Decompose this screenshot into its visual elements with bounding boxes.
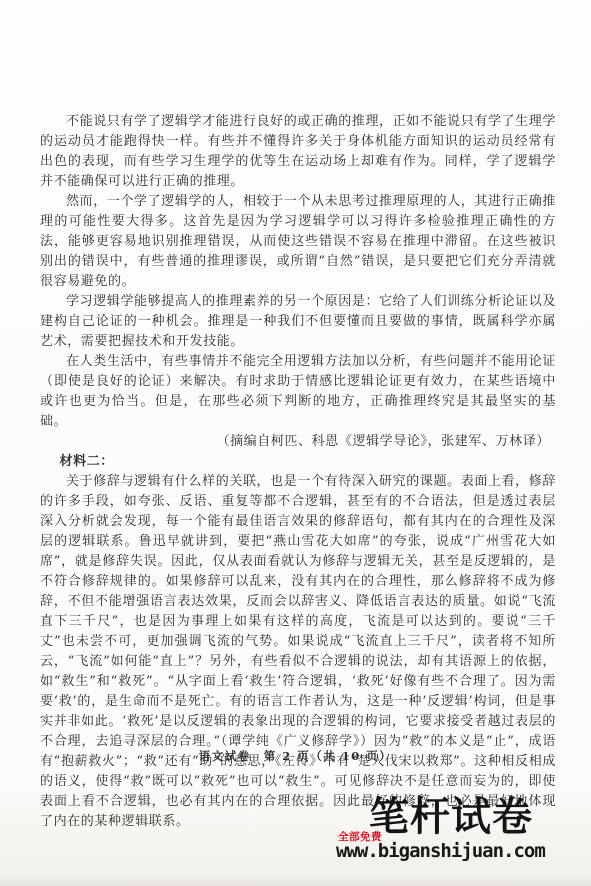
material-one-paragraph: 不能说只有学了逻辑学才能进行良好的或正确的推理，正如不能说只有学了生理学的运动员… (40, 112, 556, 192)
material-two-heading: 材料二： (40, 452, 556, 472)
watermark-free-badge: 全部免费 (338, 829, 382, 844)
page-footer: 语文试卷 第 2 页（共 10 页） (0, 748, 591, 764)
material-one-paragraph: 在人类生活中，有些事情并不能完全用逻辑方法加以分析，有些问题并不能用论证（即使是… (40, 352, 556, 432)
material-one-paragraph: 学习逻辑学能够提高人的推理素养的另一个原因是：它给了人们训练分析论证以及建构自己… (40, 292, 556, 352)
material-one-attribution: （摘编自柯匹、科恩《逻辑学导论》，张建军、万林译） (40, 432, 556, 452)
watermark: 笔杆试卷 全部免费 www.biganshijuan.com (336, 796, 566, 862)
exam-body-text: 不能说只有学了逻辑学才能进行良好的或正确的推理，正如不能说只有学了生理学的运动员… (40, 112, 556, 832)
material-two-paragraph: 关于修辞与逻辑有什么样的关联，也是一个有待深入研究的课题。表面上看，修辞的许多手… (40, 472, 556, 832)
exam-paper-page: 不能说只有学了逻辑学才能进行良好的或正确的推理，正如不能说只有学了生理学的运动员… (0, 0, 591, 886)
material-one-paragraph: 然而，一个学了逻辑学的人，相较于一个从未思考过推理原理的人，其进行正确推理的可能… (40, 192, 556, 292)
